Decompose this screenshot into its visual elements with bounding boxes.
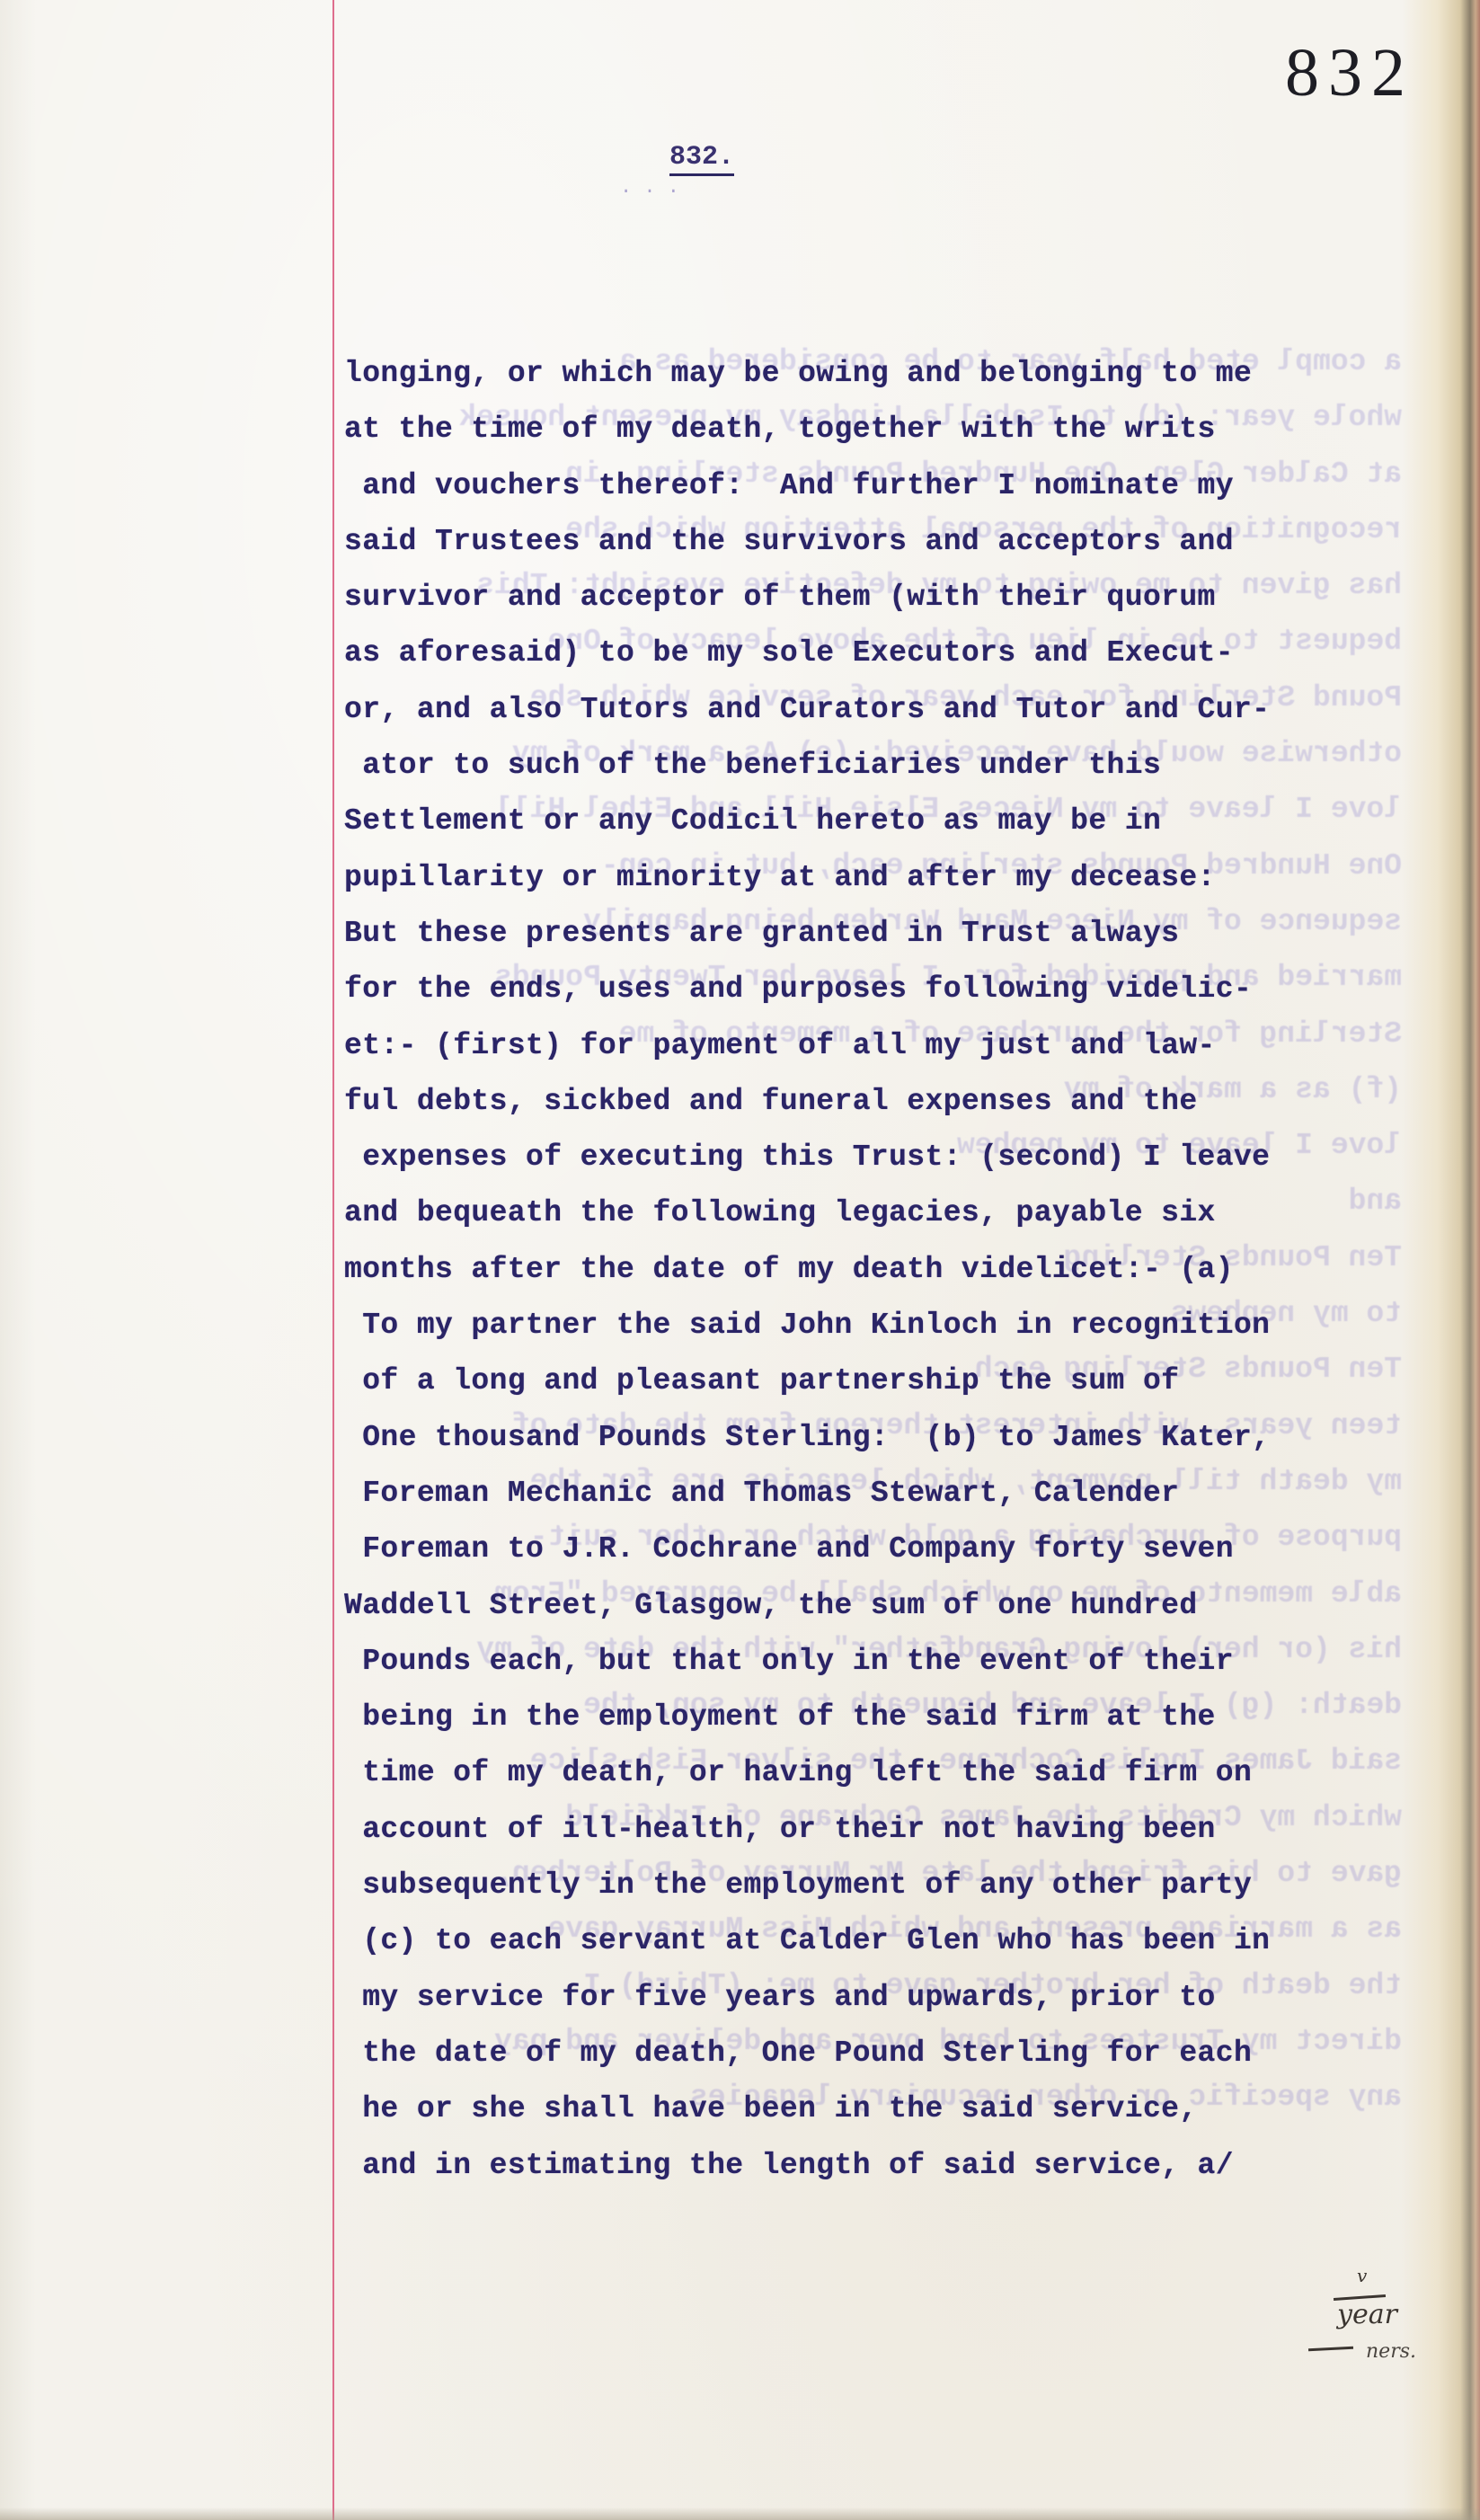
stamped-page-number: 832: [1285, 34, 1414, 112]
text-line: and bequeath the following legacies, pay…: [344, 1185, 1270, 1241]
text-line: Waddell Street, Glasgow, the sum of one …: [344, 1578, 1270, 1634]
text-line: my service for five years and upwards, p…: [344, 1970, 1270, 2026]
text-line: One thousand Pounds Sterling: (b) to Jam…: [344, 1410, 1270, 1466]
handwritten-stroke: [1308, 2347, 1353, 2352]
text-line: at the time of my death, together with t…: [344, 402, 1270, 457]
text-line: Pounds each, but that only in the event …: [344, 1634, 1270, 1690]
text-line: Foreman Mechanic and Thomas Stewart, Cal…: [344, 1466, 1270, 1522]
text-line: expenses of executing this Trust: (secon…: [344, 1130, 1270, 1185]
margin-rule: [332, 0, 334, 2520]
handwritten-initials: ners.: [1366, 2340, 1416, 2363]
text-line: for the ends, uses and purposes followin…: [344, 962, 1270, 1017]
text-line: being in the employment of the said firm…: [344, 1690, 1270, 1745]
text-line: as aforesaid) to be my sole Executors an…: [344, 626, 1270, 681]
typed-body-text: longing, or which may be owing and belon…: [344, 346, 1270, 2194]
text-line: (c) to each servant at Calder Glen who h…: [344, 1913, 1270, 1969]
text-line: he or she shall have been in the said se…: [344, 2081, 1270, 2137]
text-line: ator to such of the beneficiaries under …: [344, 738, 1270, 794]
text-line: of a long and pleasant partnership the s…: [344, 1353, 1270, 1409]
page-edge-shadow: [0, 2507, 1480, 2520]
text-line: longing, or which may be owing and belon…: [344, 346, 1270, 402]
text-line: and in estimating the length of said ser…: [344, 2138, 1270, 2194]
text-line: ful debts, sickbed and funeral expenses …: [344, 1074, 1270, 1130]
text-line: et:- (first) for payment of all my just …: [344, 1018, 1270, 1074]
document-page: 832 832. . . . a compl eted half year to…: [0, 0, 1480, 2520]
text-line: subsequently in the employment of any ot…: [344, 1858, 1270, 1913]
text-line: Settlement or any Codicil hereto as may …: [344, 794, 1270, 849]
text-line: account of ill-health, or their not havi…: [344, 1802, 1270, 1858]
text-line: and vouchers thereof: And further I nomi…: [344, 458, 1270, 514]
text-line: pupillarity or minority at and after my …: [344, 850, 1270, 906]
typed-page-number: 832.: [669, 142, 734, 176]
text-line: But these presents are granted in Trust …: [344, 906, 1270, 962]
text-line: survivor and acceptor of them (with thei…: [344, 570, 1270, 626]
text-line: months after the date of my death videli…: [344, 1242, 1270, 1298]
text-line: To my partner the said John Kinloch in r…: [344, 1298, 1270, 1353]
typed-dots: . . .: [620, 176, 679, 199]
handwritten-inserted-word: year: [1337, 2299, 1397, 2330]
text-line: said Trustees and the survivors and acce…: [344, 514, 1270, 570]
text-line: time of my death, or having left the sai…: [344, 1745, 1270, 1801]
text-line: the date of my death, One Pound Sterling…: [344, 2026, 1270, 2081]
handwritten-insertion-mark: v: [1357, 2265, 1367, 2286]
text-line: or, and also Tutors and Curators and Tut…: [344, 682, 1270, 738]
text-line: Foreman to J.R. Cochrane and Company for…: [344, 1522, 1270, 1577]
